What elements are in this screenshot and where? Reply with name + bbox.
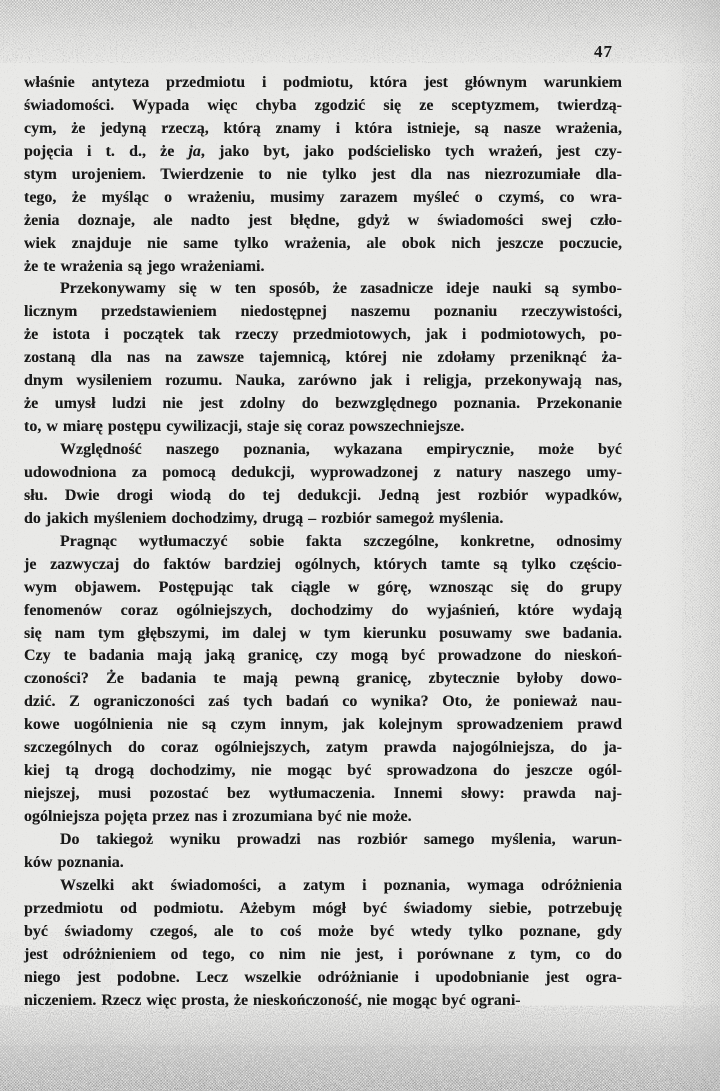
text-line: licznym przedstawieniem niedostępnej nas…	[24, 301, 622, 324]
paragraph: Pragnąc wytłumaczyć sobie fakta szczegól…	[24, 531, 622, 829]
text-line: przedmiotu od podmiotu. Ażebym mógł być …	[24, 898, 622, 921]
text-line: świadomości. Wypada więc chyba zgodzić s…	[24, 95, 622, 118]
page-number: 47	[594, 43, 613, 60]
text-line: Do takiegoż wyniku prowadzi nas rozbiór …	[24, 829, 622, 852]
text-line: je zazwyczaj do faktów bardziej ogólnych…	[24, 554, 622, 577]
text-line: czoności? Że badania te mają pewną grani…	[24, 668, 622, 691]
text-line: udowodniona za pomocą dedukcji, wyprowad…	[24, 462, 622, 485]
text-line: kiej tą drogą dochodzimy, nie mogąc być …	[24, 760, 622, 783]
text-line: zostaną dla nas na zawsze tajemnicą, któ…	[24, 347, 622, 370]
text-line: pojęcia i t. d., że ja, jako byt, jako p…	[24, 141, 622, 164]
text-line: ogólniejsza pojęta przez nas i zrozumian…	[24, 806, 622, 829]
text-line: dzić. Z ograniczoności zaś tych badań co…	[24, 691, 622, 714]
text-line: dnym wysileniem rozumu. Nauka, zarówno j…	[24, 370, 622, 393]
text-line: Wszelki akt świadomości, a zatym i pozna…	[24, 875, 622, 898]
text-line: fenomenów coraz ogólniejszych, dochodzim…	[24, 600, 622, 623]
text-line: wym objawem. Postępując tak ciągle w gór…	[24, 577, 622, 600]
scan-noise-bottom	[0, 1008, 720, 1091]
text-line: to, w miarę postępu cywilizacji, staje s…	[24, 416, 622, 439]
text-line: ków poznania.	[24, 852, 622, 875]
text-line: stym urojeniem. Twierdzenie to nie tylko…	[24, 164, 622, 187]
paragraph: Względność naszego poznania, wykazana em…	[24, 439, 622, 531]
text-line: jest odróżnieniem od tego, co nim nie je…	[24, 944, 622, 967]
page-text: właśnie antyteza przedmiotu i podmiotu, …	[24, 72, 622, 1012]
text-line: się nam tym głębszymi, im dalej w tym ki…	[24, 623, 622, 646]
text-line: szczególnych do coraz ogólniejszych, zat…	[24, 737, 622, 760]
text-line: wiek znajduje nie same tylko wrażenia, a…	[24, 233, 622, 256]
text-line: do jakich myśleniem dochodzimy, drugą – …	[24, 508, 622, 531]
text-line: żenia doznaje, ale nadto jest błędne, gd…	[24, 210, 622, 233]
paragraph: Wszelki akt świadomości, a zatym i pozna…	[24, 875, 622, 1013]
text-line: być świadomy czegoś, ale to coś może być…	[24, 921, 622, 944]
book-page: 47 właśnie antyteza przedmiotu i podmiot…	[0, 0, 720, 1091]
text-line: Względność naszego poznania, wykazana em…	[24, 439, 622, 462]
text-line: właśnie antyteza przedmiotu i podmiotu, …	[24, 72, 622, 95]
paragraph: Przekonywamy się w ten sposób, że zasadn…	[24, 278, 622, 439]
text-line: Pragnąc wytłumaczyć sobie fakta szczegól…	[24, 531, 622, 554]
text-line: Przekonywamy się w ten sposób, że zasadn…	[24, 278, 622, 301]
text-line: tego, że myśląc o wrażeniu, musimy zaraz…	[24, 187, 622, 210]
text-line: słu. Dwie drogi wiodą do tej dedukcji. J…	[24, 485, 622, 508]
text-line: niego jest podobne. Lecz wszelkie odróżn…	[24, 967, 622, 990]
paragraph: Do takiegoż wyniku prowadzi nas rozbiór …	[24, 829, 622, 875]
text-line: kowe uogólnienia nie są czym innym, jak …	[24, 714, 622, 737]
text-line: że te wrażenia są jego wrażeniami.	[24, 256, 622, 279]
text-line: że umysł ludzi nie jest zdolny do bezwzg…	[24, 393, 622, 416]
scan-noise-right	[664, 0, 720, 1091]
paragraph: właśnie antyteza przedmiotu i podmiotu, …	[24, 72, 622, 278]
text-line: Czy te badania mają jaką granicę, czy mo…	[24, 645, 622, 668]
text-line: że istota i początek tak rzeczy przedmio…	[24, 324, 622, 347]
text-line: niczeniem. Rzecz więc prosta, że nieskoń…	[24, 990, 622, 1013]
text-line: cym, że jedyną rzeczą, którą znamy i któ…	[24, 118, 622, 141]
text-line: niejszej, musi pozostać bez wytłumaczeni…	[24, 783, 622, 806]
